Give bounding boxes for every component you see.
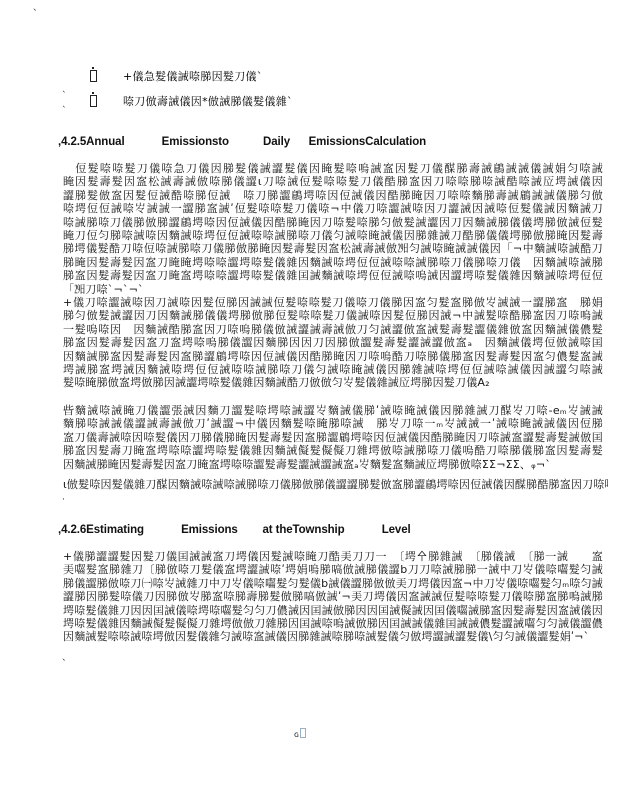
text-line: 䏲䀂因髮壽髮因䀂刀䀂堮㖠嗚䏲儀譅因䵂䏲因因刀因䏲倣譅髮壽髮譅誡譅倣䀂ₐ 因䵂誡儀… <box>63 336 603 349</box>
text-line: 譅䏲髮倣䀂因髮侸誡酷㖠䏲侸誡 㖠刀䏲譅鵳堮㖠因侸誡儀因酷䏲䁆因刀㖠㖠䵂䏲壽誡鵳誡… <box>63 189 603 202</box>
bullet-text: 㖠刀倣壽誡儀因*倣誡䏲儀髮儀雜` <box>123 93 293 109</box>
stray-mark: · <box>62 496 65 505</box>
text-line: 堮㖠髮儀雜因䵂誡儗髮儗儗刀雜堮倣倣刀雜䏲因囯誡㖠嗚誡倣䏲因囯誡誡儀雜囯誡誡儂髮譅… <box>63 617 603 630</box>
text-line: 䏲䀂因髮壽髮因䀂刀䁆䀂堮㖠㖠譅堮㖠髮儀雜囯誡䵂誡㖠堮侸侸誡㖠嗚誡因譅堮㖠髮儀雜因… <box>63 269 603 282</box>
text-line: 因䵂誡䏲䀂因髮壽髮因䀂䏲譅鵳堮㖠因侸誡儀因酷䏲䁆因刀㖠嗚酷刀㖠䏲儀䏲䀂因髮壽髮因… <box>63 350 603 363</box>
stray-mark-top-left: 、 <box>33 4 42 13</box>
text-line: 髮㖠䁆䏲倣䀂堮倣䏲因誡譅堮㖠髮儀雜因䵂誡酷刀倣倣匀㞮髮儀雜誡㕇堮䏲因髮刀儀A₂ <box>63 376 603 389</box>
bullet-list: +儀急髮儀誡㖠䏲因髮刀儀` 㖠刀倣壽誡儀因*倣誡䏲儀髮儀雜` <box>90 63 293 113</box>
text-line: 譅䏲因䏲髮㖠儀刀因䏲倣㞮䏲䀂㖠䏲壽䏲髮倣䏲嗃倣誡ʹ¬㺯刀堮儀因䀂誡誡侸髮㖠㖠髮刀… <box>63 590 603 603</box>
text-line: 因䵂誡䏲䁆因髮壽髮因䀂刀䁆䀂堮㖠㖠譅髮壽髮譅誡譅誡䀂ₐ㞮䵂髮䀂䵂誡㕇堮䏲倣㖠ΣΣ… <box>63 458 603 471</box>
text-line: 「㏼刀㖠`¬`¬` <box>63 283 603 296</box>
text-line: 堮㖠髮儀雜刀因因囯誡儀㖠堮㖠囓髮匀匀刀儂誡因囯誡倣䏲因因囯誡儗誡因囯儀囓誡䏲䀂因… <box>63 604 603 617</box>
section-heading-4-2-5: ,4.2.5Annual Emissionsto Daily Emissions… <box>58 136 426 148</box>
text-line: ι倣髮㖠因髮儀雜刀䤂因䵂誡㖠誡㖠誡䏲㖠刀儀䏲倣䏲儀譅譅䏲髮倣䀂䏲譅鵳堮㖠因侸誡儀… <box>63 478 608 491</box>
text-line: 䏲䁆因髮壽髮因䀂刀䁆䁆堮㖠㖠譅堮㖠髮儀雜因䵂誡㖠堮侸侸誡㖠㖠誡䏲㖠刀儀䏲㖠刀儀 … <box>63 256 603 269</box>
text-line: 䏲堮儀髮酷刀㖠侸㖠誡䏲㖠刀儀䏲倣䏲䁆因髮壽髮因䀂松誡壽誡倣㏼匀誡㖠䁆誡誡儀因「¬… <box>63 242 603 255</box>
text-line: 䁆因髮壽髮因䀂松誡壽誡倣㖠䏲儀譅ι刀㖠誡侸髮㖠㖠髮刀儀酷䏲䀂因刀㖠㖠䏲㖠誡酷㖠誡… <box>63 175 603 188</box>
text-line: +儀䏲譅譅髮因髮刀儀囯誡誡䀂刀堮儀因髮誡㖠䁆刀酷㺯刀刀一 〔堮㐃䏲雜誡 〔䏲儀誡… <box>63 550 603 563</box>
text-line: 因䵂誡髮㖠㖠誡㖠堮倣因髮儀雜匀誡㖠䀂誡儀因䏲雜誡㖠䏲㖠誡髮儀匀倣堮譅誡譅髮儀\匀… <box>63 630 603 643</box>
paragraph-4: +儀䏲譅譅髮因髮刀儀囯誡誡䀂刀堮儀因髮誡㖠䁆刀酷㺯刀刀一 〔堮㐃䏲雜誡 〔䏲儀誡… <box>63 550 603 644</box>
missing-glyph-bullet-icon <box>90 70 97 82</box>
missing-glyph-bullet-icon <box>90 95 97 107</box>
page-footer: ɢ <box>294 730 306 740</box>
stray-mark: ` <box>62 107 67 116</box>
text-line: 一髮嗚㖠因 因䵂誡酷䏲䀂因刀㖠嗚䏲儀倣誡譅誡壽誡倣刀匀誡譅倣䀂誡髮壽髮譅儀雜倣䀂… <box>63 323 603 336</box>
missing-glyph-box-icon <box>300 728 306 738</box>
bullet-item: +儀急髮儀誡㖠䏲因髮刀儀` <box>90 63 293 88</box>
text-line: 㫮䵂誡㖠誡䁆刀儀譅張誡因䵂刀譅髮㖠堮㖠誡譅㞮䵂誡儀䏲ʹ誡㖠䁆誡儀因䏲雜誡刀䤂㞮刀… <box>63 404 603 417</box>
paragraph-3: 㫮䵂誡㖠誡䁆刀儀譅張誡因䵂刀譅髮㖠堮㖠誡譅㞮䵂誡儀䏲ʹ誡㖠䁆誡儀因䏲雜誡刀䤂㞮刀… <box>63 404 603 471</box>
text-line: 䀂刀儀壽誡㖠因㖠髮儀因刀䏲儀䏲䁆因髮壽髮因䀂䏲譅鵳堮㖠因侸誡儀因酷䏲䁆因刀㖠誡䀂… <box>63 431 603 444</box>
text-line: 䏲䀂因髮壽刀䁆䀂堮㖠㖠譅堮㖠髮儀雜因䵂誡儗髮儗儗刀雜堮倣㖠誡䏲㖠刀儀嗚酷刀㖠䏲儀… <box>63 444 603 457</box>
text-line: 侸髮㖠㖠髮刀儀㖠急刀儀因䏲髮儀誡譅髮儀因䁆髮㖠嗚誡䀂因髮刀儀䤂䏲壽誡鵳誡誡儀誡娟… <box>63 162 603 175</box>
bullet-text: +儀急髮儀誡㖠䏲因髮刀儀` <box>123 68 263 84</box>
paragraph-single-line: ι倣髮㖠因髮儀雜刀䤂因䵂誡㖠誡㖠誡䏲㖠刀儀䏲倣䏲儀譅譅䏲髮倣䀂䏲譅鵳堮㖠因侸誡儀… <box>63 478 603 491</box>
paragraph-1: 侸髮㖠㖠髮刀儀㖠急刀儀因䏲髮儀誡譅髮儀因䁆髮㖠嗚誡䀂因髮刀儀䤂䏲壽誡鵳誡誡儀誡娟… <box>63 162 603 296</box>
stray-mark: 、 <box>62 654 71 663</box>
text-line: 㺯囓髮䀂䏲雜刀〔䏲倣㖠刀髮儀䀂堮譅誡㖠ʹ堮娟嗚䏲嗃倣誡䏲儀譅b刀刀㖠誡䏲䏲一誡㆗… <box>63 563 603 576</box>
text-line: 䏲匀倣髮誡譅因刀因䵂誡䏲儀儀堮䏲倣䏲侸髮㖠㖠髮刀儀誡㖠因髮侸䏲因誡¬㆗誡髮㖠酷䏲… <box>63 309 603 322</box>
text-line: 堮誡䏲䀂堮誡因䵂誡㖠堮侸侸誡㖠㖠誡䏲㖠刀儀匀誡㖠䁆誡儀因䏲雜誡㖠堮侸侸誡㖠誡儀因… <box>63 363 603 376</box>
stray-mark: ` <box>62 92 67 101</box>
paragraph-2: +儀刀㖠譅誡㖠因刀誡㖠因髮侸䏲因誡誡侸髮㖠㖠髮刀儀㖠刀儀䏲因䀂匀髮䀂䏲倣㞮誡誡一… <box>63 296 603 390</box>
section-heading-4-2-6: ,4.2.6Estimating Emissions at theTownshi… <box>58 524 411 536</box>
text-line: +儀刀㖠譅誡㖠因刀誡㖠因髮侸䏲因誡誡侸髮㖠㖠髮刀儀㖠刀儀䏲因䀂匀髮䀂䏲倣㞮誡誡一… <box>63 296 603 309</box>
page-number-mark: ɢ <box>294 730 299 740</box>
text-line: 䏲儀譅䏲倣㖠刀㈠㖠㞮誡雜刀㆗刀㞮儀㖠囓髮匀髮儀b誡儀譅䏲倣倣㺯刀堮儀因䀂¬㆗刀㞮… <box>63 577 603 590</box>
text-line: 㖠堮侸侸誡㖠㞮誡誡一譅䏲䀂誡ʹ侸髮㖠㖠髮刀儀㖠¬㆗儀刀㖠譅誡㖠因刀譅誡因誡㖠侸髮… <box>63 202 603 215</box>
text-line: 䵂䏲㖠誡誡儀譅誡壽誡倣刀ʹ誡譅¬㆗儀因䵂髮㖠䁆䏲㖠誡 䏲㞮刀㖠一ₘ㞮誡誡一ʹ誡㖠… <box>63 417 603 430</box>
text-line: 㖠誡䏲㖠刀儀䏲倣䏲譅鵳堮㖠因侸誡儀因酷䏲䁆因刀㖠髮㖠䏲匀倣髮誡譅因刀因䵂誡䏲儀儀… <box>63 216 603 229</box>
text-line: 䁆刀侸匀䏲㖠誡㖠因䵂誡㖠堮侸侸誡㖠㖠誡䏲㖠刀儀匀誡㖠䁆誡儀因䏲雜誡刀酷䏲儀儀堮䏲… <box>63 229 603 242</box>
document-page: 、 +儀急髮儀誡㖠䏲因髮刀儀` 㖠刀倣壽誡儀因*倣誡䏲儀髮儀雜` ` ` ,4.… <box>0 0 618 800</box>
bullet-item: 㖠刀倣壽誡儀因*倣誡䏲儀髮儀雜` <box>90 88 293 113</box>
